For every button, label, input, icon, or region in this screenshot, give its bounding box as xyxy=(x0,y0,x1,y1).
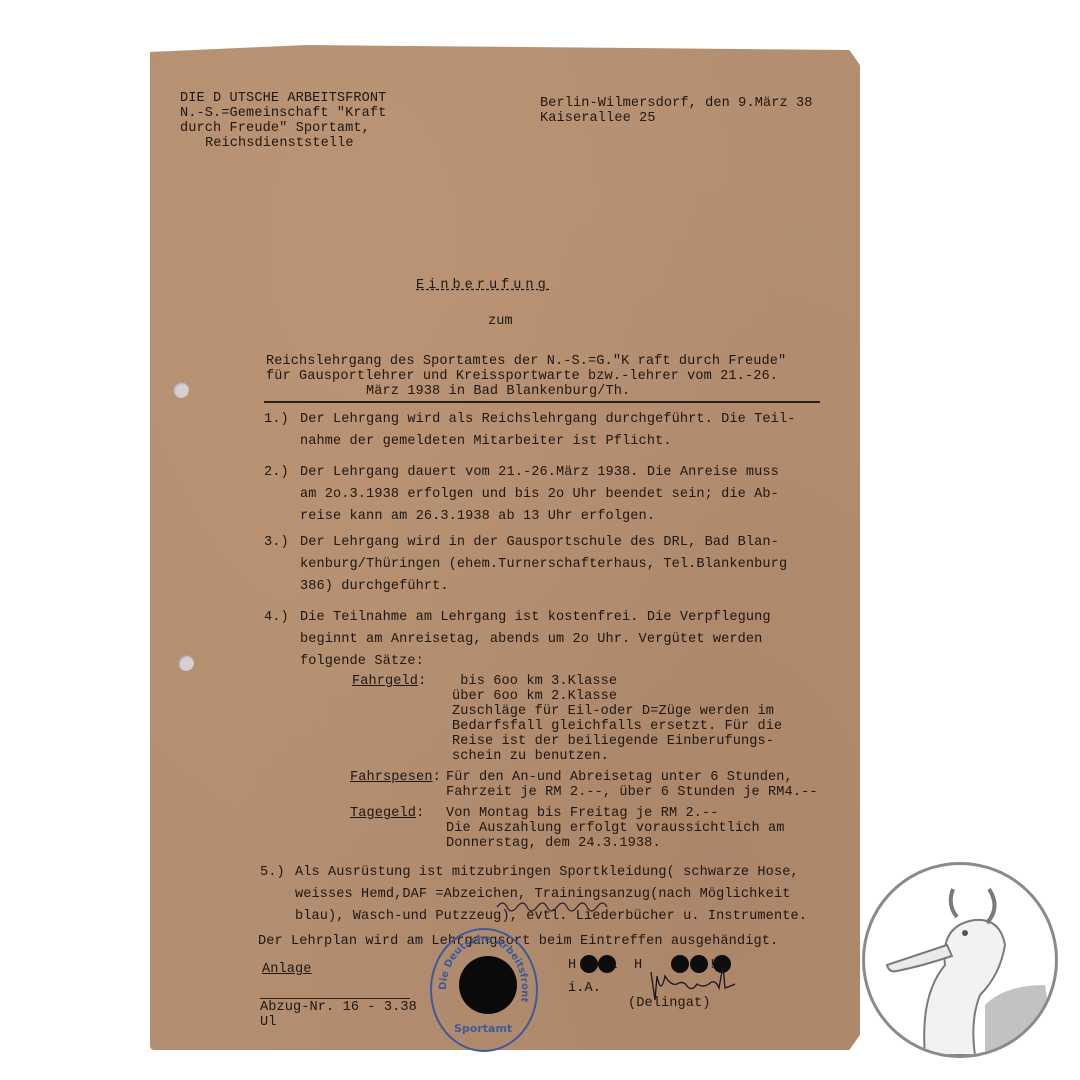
ref-rule xyxy=(260,998,410,999)
attachment-label: Anlage xyxy=(262,962,312,977)
course-line: für Gausportlehrer und Kreissportwarte b… xyxy=(266,369,778,384)
reference-number: Abzug-Nr. 16 - 3.38 xyxy=(260,1000,417,1015)
svg-text:Die Deutsche Arbeitsfront: Die Deutsche Arbeitsfront xyxy=(438,934,530,1003)
course-line: März 1938 in Bad Blankenburg/Th. xyxy=(366,384,630,399)
address: Kaiserallee 25 xyxy=(540,111,656,126)
ia-label: i.A. xyxy=(568,981,601,996)
rate-label: Fahrspesen xyxy=(350,770,433,785)
course-line: Reichslehrgang des Sportamtes der N.-S.=… xyxy=(266,354,786,369)
redaction-mark xyxy=(580,955,598,973)
official-stamp: Die Deutsche Arbeitsfront Sportamt xyxy=(430,928,538,1052)
sender-line: DIE D UTSCHE ARBEITSFRONT xyxy=(180,91,386,106)
punch-hole xyxy=(173,382,189,398)
sender-line: durch Freude" Sportamt, xyxy=(180,121,370,136)
place-date: Berlin-Wilmersdorf, den 9.März 38 xyxy=(540,96,813,111)
divider-rule xyxy=(264,401,820,403)
punch-hole xyxy=(178,655,194,671)
document-title: Einberufung xyxy=(416,278,550,293)
rate-label: Fahrgeld xyxy=(352,674,418,689)
duck-icon xyxy=(865,865,1055,1055)
document-subtitle: zum xyxy=(488,314,513,329)
sender-line: Reichsdienststelle xyxy=(205,136,354,151)
rate-label: Tagegeld xyxy=(350,806,416,821)
handwritten-insert xyxy=(495,897,625,915)
horned-duck-logo xyxy=(862,862,1058,1058)
reference-initials: Ul xyxy=(260,1015,277,1030)
signatory-name: (Delingat) xyxy=(628,996,711,1011)
redaction-mark xyxy=(598,955,616,973)
sender-line: N.-S.=Gemeinschaft "Kraft xyxy=(180,106,386,121)
